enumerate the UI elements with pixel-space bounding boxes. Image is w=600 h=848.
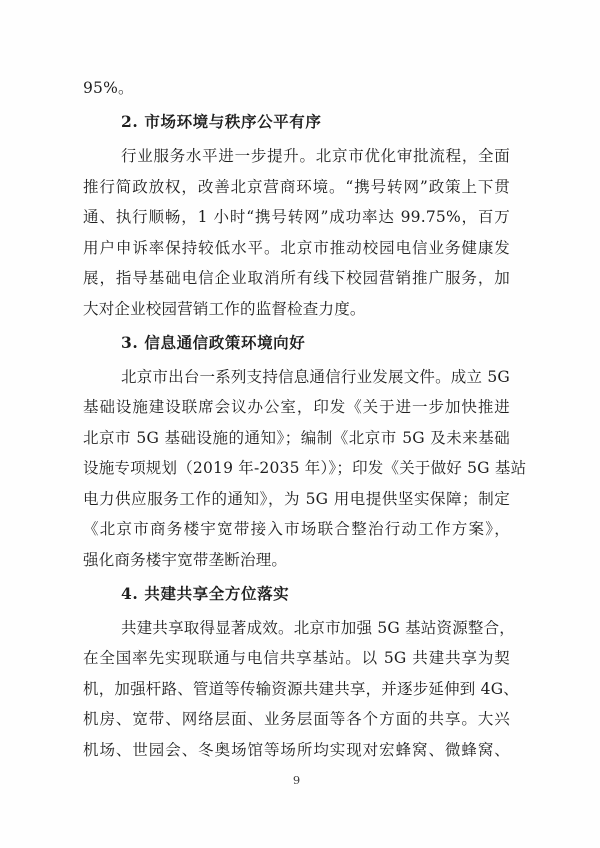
paragraph-line: 通、执行顺畅，1 小时“携号转网”成功率达 99.75%，百万 [83, 202, 510, 233]
paragraph-line: 电力供应服务工作的通知》，为 5G 用电提供坚实保障；制定 [83, 484, 510, 515]
paragraph-line: 行业服务水平进一步提升。北京市优化审批流程，全面 [83, 141, 510, 172]
paragraph-line: 用户申诉率保持较低水平。北京市推动校园电信业务健康发 [83, 233, 510, 264]
paragraph-line: 基础设施建设联席会议办公室，印发《关于进一步加快推进 [83, 392, 510, 423]
paragraph-line: 大对企业校园营销工作的监督检查力度。 [83, 294, 510, 325]
paragraph-line: 强化商务楼宇宽带垄断治理。 [83, 545, 510, 576]
section-heading-4: 4. 共建共享全方位落实 [83, 579, 510, 610]
document-page: 95%。 2. 市场环境与秩序公平有序 行业服务水平进一步提升。北京市优化审批流… [0, 0, 600, 848]
paragraph-line: 共建共享取得显著成效。北京市加强 5G 基站资源整合， [83, 613, 510, 644]
section-heading-2: 2. 市场环境与秩序公平有序 [83, 107, 510, 138]
page-number: 9 [83, 770, 510, 790]
paragraph-line: 机场、世园会、冬奥场馆等场所均实现对宏蜂窝、微蜂窝、 [83, 735, 510, 766]
page-body-text: 95%。 2. 市场环境与秩序公平有序 行业服务水平进一步提升。北京市优化审批流… [83, 73, 510, 765]
paragraph-line: 展，指导基础电信企业取消所有线下校园营销推广服务，加 [83, 263, 510, 294]
paragraph-line: 设施专项规划（2019 年-2035 年）》；印发《关于做好 5G 基站 [83, 453, 510, 484]
paragraph-line: 机，加强杆路、管道等传输资源共建共享，并逐步延伸到 4G、 [83, 674, 510, 705]
paragraph-line: 95%。 [83, 73, 510, 104]
section-heading-3: 3. 信息通信政策环境向好 [83, 328, 510, 359]
paragraph-line: 北京市 5G 基础设施的通知》；编制《北京市 5G 及未来基础 [83, 423, 510, 454]
paragraph-line: 机房、宽带、网络层面、业务层面等各个方面的共享。大兴 [83, 704, 510, 735]
paragraph-line: 北京市出台一系列支持信息通信行业发展文件。成立 5G [83, 362, 510, 393]
paragraph-line: 在全国率先实现联通与电信共享基站。以 5G 共建共享为契 [83, 643, 510, 674]
paragraph-line: 《北京市商务楼宇宽带接入市场联合整治行动工作方案》， [83, 514, 510, 545]
paragraph-line: 推行简政放权，改善北京营商环境。“携号转网”政策上下贯 [83, 172, 510, 203]
